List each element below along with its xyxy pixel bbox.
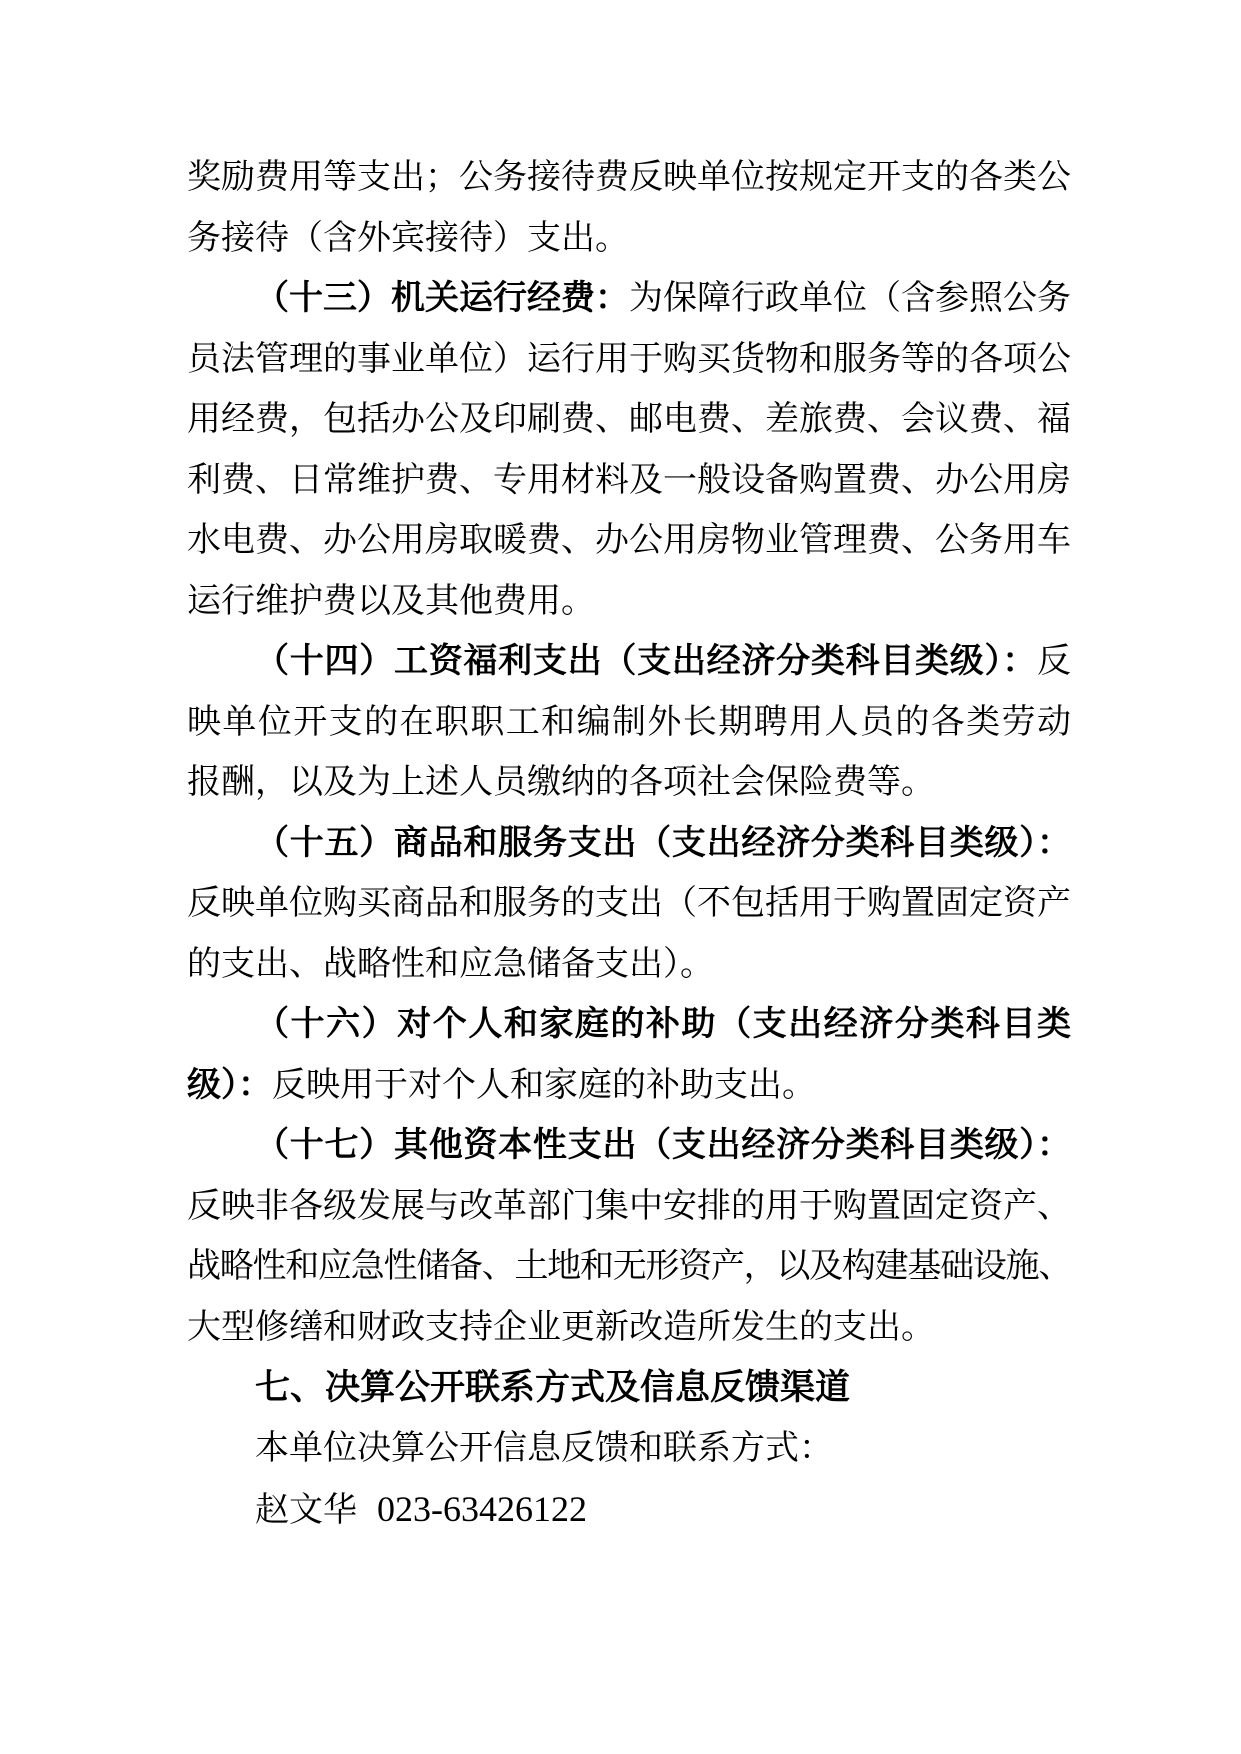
body-text: 报酬，以及为上述人员缴纳的各项社会保险费等。 — [187, 764, 935, 801]
body-text: 用经费，包括办公及印刷费、邮电费、差旅费、会议费、福 — [187, 401, 1071, 438]
body-text: 员法管理的事业单位）运行用于购买货物和服务等的各项公 — [187, 341, 1071, 378]
text-line: 报酬，以及为上述人员缴纳的各项社会保险费等。 — [187, 753, 1071, 814]
emphasis-text: 级）： — [187, 1067, 272, 1104]
body-text: 为保障行政单位（含参照公务 — [629, 280, 1071, 317]
text-line: 反映单位购买商品和服务的支出（不包括用于购置固定资产 — [187, 874, 1071, 935]
text-line: （十五）商品和服务支出（支出经济分类科目类级）： — [187, 814, 1071, 875]
body-text: 水电费、办公用房取暖费、办公用房物业管理费、公务用车 — [187, 522, 1071, 559]
text-line: 奖励费用等支出；公务接待费反映单位按规定开支的各类公 — [187, 148, 1071, 209]
body-text: 本单位决算公开信息反馈和联系方式： — [255, 1430, 833, 1467]
body-text: 大型修缮和财政支持企业更新改造所发生的支出。 — [187, 1309, 935, 1346]
text-line: 利费、日常维护费、专用材料及一般设备购置费、办公用房 — [187, 451, 1071, 512]
body-text: 奖励费用等支出；公务接待费反映单位按规定开支的各类公 — [187, 159, 1071, 196]
body-text: 务接待（含外宾接待）支出。 — [187, 220, 629, 257]
text-line: 水电费、办公用房取暖费、办公用房物业管理费、公务用车 — [187, 511, 1071, 572]
body-text: 战略性和应急性储备、土地和无形资产，以及构建基础设施、 — [187, 1248, 1071, 1285]
text-line: 战略性和应急性储备、土地和无形资产，以及构建基础设施、 — [187, 1237, 1071, 1298]
text-line: 运行维护费以及其他费用。 — [187, 572, 1071, 633]
text-line: 用经费，包括办公及印刷费、邮电费、差旅费、会议费、福 — [187, 390, 1071, 451]
document-body: 奖励费用等支出；公务接待费反映单位按规定开支的各类公务接待（含外宾接待）支出。（… — [187, 148, 1071, 1540]
body-text: 赵文华 — [255, 1492, 357, 1529]
body-text: 反 — [1037, 643, 1071, 680]
text-line: 本单位决算公开信息反馈和联系方式： — [187, 1419, 1071, 1480]
text-line: 务接待（含外宾接待）支出。 — [187, 209, 1071, 270]
body-text: 利费、日常维护费、专用材料及一般设备购置费、办公用房 — [187, 462, 1071, 499]
emphasis-text: （十四）工资福利支出（支出经济分类科目类级）： — [255, 643, 1037, 680]
text-line: 的支出、战略性和应急储备支出）。 — [187, 935, 1071, 996]
body-text: 的支出、战略性和应急储备支出）。 — [187, 946, 714, 983]
emphasis-text: 七、决算公开联系方式及信息反馈渠道 — [255, 1368, 850, 1407]
text-line: 员法管理的事业单位）运行用于购买货物和服务等的各项公 — [187, 330, 1071, 391]
emphasis-text: （十六）对个人和家庭的补助（支出经济分类科目类 — [255, 1006, 1071, 1043]
text-line: 大型修缮和财政支持企业更新改造所发生的支出。 — [187, 1298, 1071, 1359]
body-text: 反映用于对个人和家庭的补助支出。 — [272, 1067, 816, 1104]
text-line: 级）：反映用于对个人和家庭的补助支出。 — [187, 1056, 1071, 1117]
body-text: 运行维护费以及其他费用。 — [187, 583, 595, 620]
phone-number: 023-63426122 — [377, 1489, 587, 1529]
section-heading: 七、决算公开联系方式及信息反馈渠道 — [187, 1358, 1071, 1419]
body-text: 映单位开支的在职职工和编制外长期聘用人员的各类劳动 — [187, 704, 1071, 741]
text-line: （十六）对个人和家庭的补助（支出经济分类科目类 — [187, 995, 1071, 1056]
text-line: 反映非各级发展与改革部门集中安排的用于购置固定资产、 — [187, 1177, 1071, 1238]
text-line: （十七）其他资本性支出（支出经济分类科目类级）： — [187, 1116, 1071, 1177]
emphasis-text: （十七）其他资本性支出（支出经济分类科目类级）： — [255, 1127, 1071, 1164]
emphasis-text: （十三）机关运行经费： — [255, 280, 629, 317]
text-line: 映单位开支的在职职工和编制外长期聘用人员的各类劳动 — [187, 693, 1071, 754]
emphasis-text: （十五）商品和服务支出（支出经济分类科目类级）： — [255, 825, 1071, 862]
text-line: （十四）工资福利支出（支出经济分类科目类级）：反 — [187, 632, 1071, 693]
document-page: 奖励费用等支出；公务接待费反映单位按规定开支的各类公务接待（含外宾接待）支出。（… — [0, 0, 1241, 1754]
body-text: 反映非各级发展与改革部门集中安排的用于购置固定资产、 — [187, 1188, 1071, 1225]
body-text: 反映单位购买商品和服务的支出（不包括用于购置固定资产 — [187, 885, 1071, 922]
text-line: （十三）机关运行经费：为保障行政单位（含参照公务 — [187, 269, 1071, 330]
text-line: 赵文华023-63426122 — [187, 1479, 1071, 1540]
